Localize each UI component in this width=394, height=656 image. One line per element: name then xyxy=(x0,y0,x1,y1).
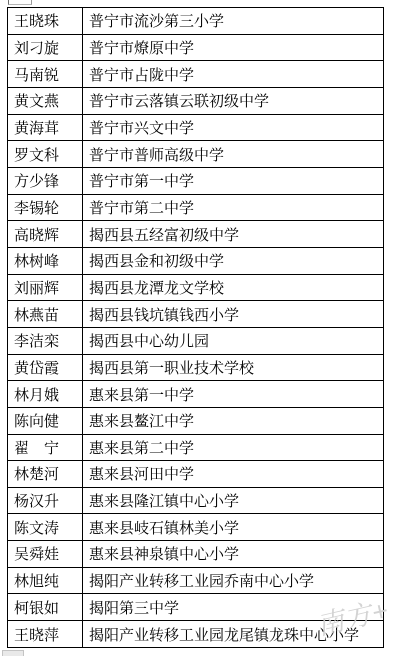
school-cell: 普宁市普师高级中学 xyxy=(83,141,384,168)
table-row: 李锡轮 普宁市第二中学 xyxy=(8,194,384,221)
school-cell: 揭西县钱坑镇钱西小学 xyxy=(83,301,384,328)
school-cell: 揭西县中心幼儿园 xyxy=(83,327,384,354)
table-row: 林楚河 惠来县河田中学 xyxy=(8,461,384,488)
school-cell: 揭西县龙潭龙文学校 xyxy=(83,274,384,301)
school-cell: 惠来县神泉镇中心小学 xyxy=(83,541,384,568)
name-cell: 高晓辉 xyxy=(8,221,83,248)
table-row: 吴舜娃 惠来县神泉镇中心小学 xyxy=(8,541,384,568)
table-row: 王晓珠 普宁市流沙第三小学 xyxy=(8,8,384,35)
name-cell: 李锡轮 xyxy=(8,194,83,221)
name-cell: 吴舜娃 xyxy=(8,541,83,568)
name-cell: 翟 宁 xyxy=(8,434,83,461)
roster-body: 王晓珠 普宁市流沙第三小学 刘刁旋 普宁市燎原中学 马南锐 普宁市占陇中学 黄文… xyxy=(8,8,384,648)
table-row: 林旭纯 揭阳产业转移工业园乔南中心小学 xyxy=(8,567,384,594)
cropped-cell-fragment-top xyxy=(8,0,32,5)
school-cell: 揭西县五经富初级中学 xyxy=(83,221,384,248)
table-row: 陈向健 惠来县鳌江中学 xyxy=(8,407,384,434)
name-cell: 黄文燕 xyxy=(8,87,83,114)
table-row: 刘刁旋 普宁市燎原中学 xyxy=(8,34,384,61)
name-cell: 杨汉升 xyxy=(8,487,83,514)
table-row: 林树峰 揭西县金和初级中学 xyxy=(8,247,384,274)
table-row: 林燕苗 揭西县钱坑镇钱西小学 xyxy=(8,301,384,328)
school-cell: 普宁市云落镇云联初级中学 xyxy=(83,87,384,114)
name-cell: 陈向健 xyxy=(8,407,83,434)
school-cell: 揭西县金和初级中学 xyxy=(83,247,384,274)
teacher-school-table: 王晓珠 普宁市流沙第三小学 刘刁旋 普宁市燎原中学 马南锐 普宁市占陇中学 黄文… xyxy=(7,7,384,648)
name-cell: 林旭纯 xyxy=(8,567,83,594)
school-cell: 揭阳产业转移工业园龙尾镇龙珠中心小学 xyxy=(83,621,384,648)
table-row: 方少锋 普宁市第一中学 xyxy=(8,167,384,194)
table-row: 林月娥 惠来县第一中学 xyxy=(8,381,384,408)
name-cell: 黄海茸 xyxy=(8,114,83,141)
name-cell: 林月娥 xyxy=(8,381,83,408)
table-row: 刘丽辉 揭西县龙潭龙文学校 xyxy=(8,274,384,301)
school-cell: 揭阳第三中学 xyxy=(83,594,384,621)
table-row: 陈文涛 惠来县岐石镇林美小学 xyxy=(8,514,384,541)
table-row: 杨汉升 惠来县隆江镇中心小学 xyxy=(8,487,384,514)
school-cell: 揭阳产业转移工业园乔南中心小学 xyxy=(83,567,384,594)
table-row: 马南锐 普宁市占陇中学 xyxy=(8,61,384,88)
school-cell: 普宁市占陇中学 xyxy=(83,61,384,88)
name-cell: 林树峰 xyxy=(8,247,83,274)
school-cell: 普宁市第一中学 xyxy=(83,167,384,194)
table-row: 王晓萍 揭阳产业转移工业园龙尾镇龙珠中心小学 xyxy=(8,621,384,648)
cropped-fragment-bottom xyxy=(2,650,24,656)
school-cell: 惠来县岐石镇林美小学 xyxy=(83,514,384,541)
school-cell: 惠来县河田中学 xyxy=(83,461,384,488)
school-cell: 惠来县鳌江中学 xyxy=(83,407,384,434)
school-cell: 揭西县第一职业技术学校 xyxy=(83,354,384,381)
name-cell: 马南锐 xyxy=(8,61,83,88)
name-cell: 王晓萍 xyxy=(8,621,83,648)
school-cell: 惠来县第二中学 xyxy=(83,434,384,461)
school-cell: 普宁市流沙第三小学 xyxy=(83,8,384,35)
table-row: 高晓辉 揭西县五经富初级中学 xyxy=(8,221,384,248)
school-cell: 普宁市燎原中学 xyxy=(83,34,384,61)
name-cell: 陈文涛 xyxy=(8,514,83,541)
name-cell: 林燕苗 xyxy=(8,301,83,328)
name-cell: 方少锋 xyxy=(8,167,83,194)
name-cell: 李洁栾 xyxy=(8,327,83,354)
table-row: 李洁栾 揭西县中心幼儿园 xyxy=(8,327,384,354)
school-cell: 惠来县隆江镇中心小学 xyxy=(83,487,384,514)
name-cell: 刘丽辉 xyxy=(8,274,83,301)
name-cell: 林楚河 xyxy=(8,461,83,488)
name-cell: 黄岱霞 xyxy=(8,354,83,381)
school-cell: 普宁市兴文中学 xyxy=(83,114,384,141)
table-row: 柯银如 揭阳第三中学 xyxy=(8,594,384,621)
table-row: 黄文燕 普宁市云落镇云联初级中学 xyxy=(8,87,384,114)
table-row: 黄岱霞 揭西县第一职业技术学校 xyxy=(8,354,384,381)
school-cell: 惠来县第一中学 xyxy=(83,381,384,408)
school-cell: 普宁市第二中学 xyxy=(83,194,384,221)
table-row: 罗文科 普宁市普师高级中学 xyxy=(8,141,384,168)
table-row: 黄海茸 普宁市兴文中学 xyxy=(8,114,384,141)
name-cell: 罗文科 xyxy=(8,141,83,168)
table-row: 翟 宁 惠来县第二中学 xyxy=(8,434,384,461)
name-cell: 王晓珠 xyxy=(8,8,83,35)
name-cell: 刘刁旋 xyxy=(8,34,83,61)
name-cell: 柯银如 xyxy=(8,594,83,621)
